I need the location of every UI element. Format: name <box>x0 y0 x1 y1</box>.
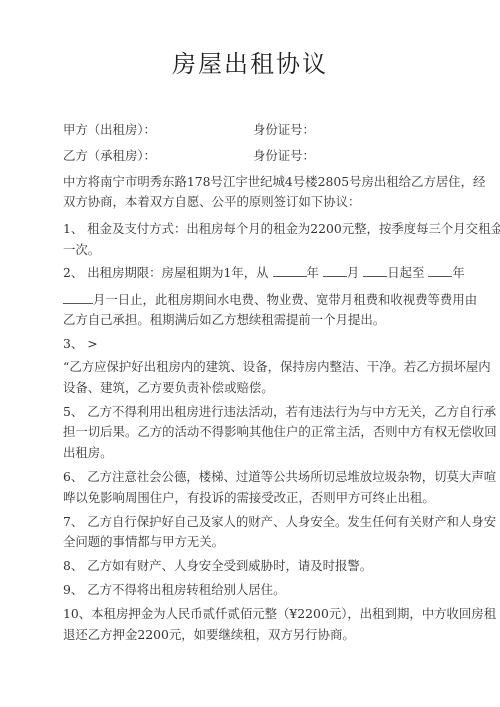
clause-5-line-2: 担一切后果。乙方的活动不得影响其他住户的正常主活，否则中方有权无偿收回 <box>63 422 497 440</box>
day-until-label: 日起至 <box>387 265 424 280</box>
end-year-blank <box>428 266 452 277</box>
clause-1-line-1: 1、 租金及支付方式：出租房每个月的租金为2200元整，按季度每三个月交租金 <box>63 219 500 237</box>
clause-5-line-3: 出租房。 <box>63 443 113 461</box>
party-b-label: 乙方（承租房）： <box>63 146 156 164</box>
clause-4-line-2: 设备、建筑，乙方要负责补偿或赔偿。 <box>63 378 274 396</box>
clause-7-line-2: 全问题的事情都与甲方无关。 <box>63 532 224 550</box>
clause-5-line-1: 5、 乙方不得利用出租房进行违法活动，若有违法行为与中方无关，乙方自行承 <box>63 402 496 420</box>
clause-2-line-3: 乙方自己承担。租期满后如乙方想续租需提前一个月提出。 <box>63 310 385 328</box>
clause-2-suffix: 月一日止，此租房期间水电费、物业费、宽带月租费和收视费等费用由 <box>93 292 477 307</box>
clause-4-line-1: “乙方应保护好出租房内的建筑、设备，保持房内整洁、干净。若乙方损坏屋内 <box>63 357 491 375</box>
document-title: 房屋出租协议 <box>0 44 500 79</box>
clause-2-line-2: 月一日止，此租房期间水电费、物业费、宽带月租费和收视费等费用由 <box>63 290 477 308</box>
intro-line-1: 中方将南宁市明秀东路178号江宇世纪城4号楼2805号房出租给乙方居住，经 <box>63 172 485 190</box>
month-label: 月 <box>347 265 359 280</box>
start-day-blank <box>363 266 387 277</box>
intro-line-2: 双方协商，本着双方自愿、公平的原则签订如下协议： <box>63 192 360 210</box>
party-b-id-label: 身份证号： <box>253 146 315 164</box>
clause-7-line-1: 7、 乙方自行保护好自己及家人的财产、人身安全。发生任何有关财产和人身安 <box>63 512 496 530</box>
year-label: 年 <box>307 265 319 280</box>
start-month-blank <box>323 266 347 277</box>
clause-8: 8、 乙方如有财产、人身安全受到威胁时，请及时报警。 <box>63 556 372 574</box>
clause-2-line-1: 2、 出租房期限：房屋租期为1年，从 年 月 日起至 年 <box>63 263 465 281</box>
clause-6-line-2: 哗以免影响周围住户，有投诉的需接受改正，否则甲方可终止出租。 <box>63 488 435 506</box>
clause-6-line-1: 6、 乙方注意社会公德，楼梯、过道等公共场所切忌堆放垃圾杂物，切莫大声喧 <box>63 467 496 485</box>
clause-1-line-2: 一次。 <box>63 240 100 258</box>
party-a-id-label: 身份证号： <box>253 120 315 138</box>
clause-2-prefix: 2、 出租房期限：房屋租期为1年，从 <box>63 265 269 280</box>
document-page: 房屋出租协议 甲方（出租房）： 身份证号： 乙方（承租房）： 身份证号： 中方将… <box>0 0 500 707</box>
clause-10-line-2: 退还乙方押金2200元，如要继续租，双方另行协商。 <box>63 625 355 643</box>
party-a-label: 甲方（出租房）： <box>63 120 156 138</box>
start-year-blank <box>273 266 307 277</box>
clause-9: 9、 乙方不得将出租房转租给别人居住。 <box>63 580 285 598</box>
clause-3: 3、 > <box>63 334 98 352</box>
end-year-label: 年 <box>452 265 464 280</box>
end-month-blank <box>63 293 93 304</box>
clause-10-line-1: 10、本租房押金为人民币贰仟贰佰元整（¥2200元），出租到期，中方收回房租 <box>63 604 496 622</box>
